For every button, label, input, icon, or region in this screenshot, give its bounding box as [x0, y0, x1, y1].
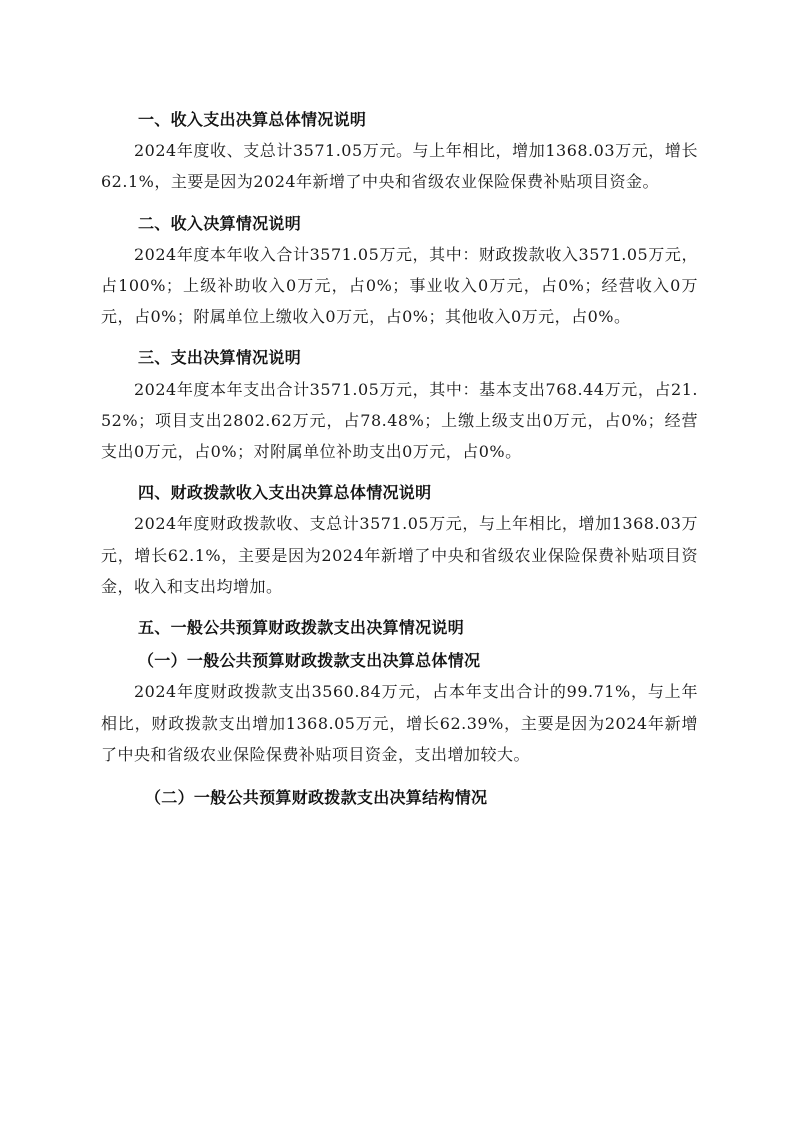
section-heading-3: 三、支出决算情况说明 [101, 342, 698, 373]
section-heading-1: 一、收入支出决算总体情况说明 [101, 104, 698, 135]
subsection-heading-5-1: （一）一般公共预算财政拨款支出决算总体情况 [101, 645, 698, 676]
section-heading-5: 五、一般公共预算财政拨款支出决算情况说明 [101, 612, 698, 643]
subsection-body-5-1: 2024年度财政拨款支出3560.84万元，占本年支出合计的99.71%，与上年… [101, 676, 698, 770]
section-body-1: 2024年度收、支总计3571.05万元。与上年相比，增加1368.03万元，增… [101, 135, 698, 197]
section-heading-4: 四、财政拨款收入支出决算总体情况说明 [101, 477, 698, 508]
section-body-4: 2024年度财政拨款收、支总计3571.05万元，与上年相比，增加1368.03… [101, 508, 698, 602]
section-body-2: 2024年度本年收入合计3571.05万元，其中：财政拨款收入3571.05万元… [101, 239, 698, 333]
section-body-3: 2024年度本年支出合计3571.05万元，其中：基本支出768.44万元，占2… [101, 374, 698, 468]
subsection-heading-5-2: （二）一般公共预算财政拨款支出决算结构情况 [101, 782, 698, 813]
document-page: 一、收入支出决算总体情况说明 2024年度收、支总计3571.05万元。与上年相… [101, 104, 698, 813]
section-heading-2: 二、收入决算情况说明 [101, 208, 698, 239]
